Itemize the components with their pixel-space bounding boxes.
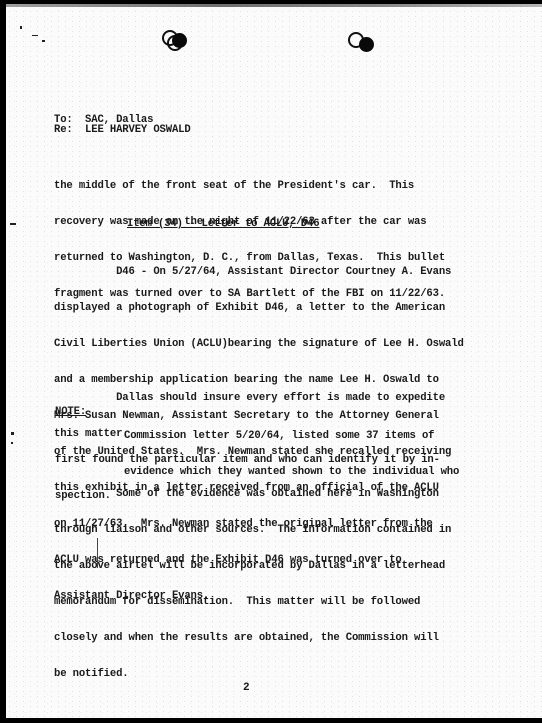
re-label: Re:	[54, 124, 73, 136]
text-line: displayed a photograph of Exhibit D46, a…	[54, 302, 464, 314]
text-line: be notified.	[54, 668, 451, 680]
punch-hole-icon	[162, 30, 188, 52]
scan-speck	[20, 26, 22, 29]
scan-speck	[42, 40, 45, 42]
text-line: the above airtel will be incorporated by…	[54, 560, 451, 572]
closing-paragraph: Some of the evidence was obtained here i…	[54, 464, 451, 704]
text-line: memorandum for dissemination. This matte…	[54, 596, 451, 608]
text-line: the middle of the front seat of the Pres…	[54, 180, 445, 192]
re-line: Re: LEE HARVEY OSWALD	[54, 124, 191, 136]
scan-speck	[11, 442, 13, 444]
item-heading: Item (34) - Letter to ACLU, D46	[127, 218, 319, 230]
punch-hole-icon	[348, 32, 374, 54]
scan-speck	[10, 223, 16, 225]
text-line: through liaison and other sources. The i…	[54, 524, 451, 536]
document-page: To: SAC, Dallas Re: LEE HARVEY OSWALD th…	[6, 4, 542, 718]
scan-edge-rule	[6, 4, 542, 7]
scan-speck	[11, 432, 14, 435]
text-line: Dallas should insure every effort is mad…	[54, 392, 445, 404]
text-line: D46 - On 5/27/64, Assistant Director Cou…	[54, 266, 464, 278]
re-value: LEE HARVEY OSWALD	[85, 124, 191, 136]
text-line: Some of the evidence was obtained here i…	[54, 488, 451, 500]
text-line: closely and when the results are obtaine…	[54, 632, 451, 644]
page-number: 2	[243, 682, 249, 694]
text-line: Civil Liberties Union (ACLU)bearing the …	[54, 338, 464, 350]
note-label: NOTE:	[55, 406, 86, 418]
scan-speck	[32, 35, 38, 36]
